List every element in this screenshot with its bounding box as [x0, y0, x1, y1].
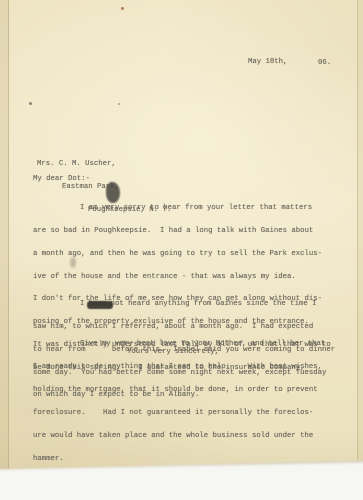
- ink-blot: [106, 182, 120, 203]
- letter-scan: May 18th, 06. Mrs. C. M. Uscher, Eastman…: [0, 0, 363, 500]
- body-line: a month ago, and then he was going to tr…: [33, 251, 331, 259]
- paper-sheet: May 18th, 06. Mrs. C. M. Uscher, Eastman…: [0, 0, 363, 470]
- body-line: are so bad in Poughkeepsie. I had a long…: [33, 228, 331, 236]
- date: May 18th,: [248, 59, 287, 67]
- body-line: ure would have taken place and the whole…: [33, 433, 331, 441]
- year: 06.: [318, 60, 331, 68]
- paper-speck: [29, 102, 32, 105]
- body-line: on which day I expect to be in Albany.: [33, 392, 335, 400]
- paper-speck: [121, 7, 124, 10]
- body-line: I am ready to do anything that I can to …: [33, 364, 325, 372]
- paper-left-edge: [0, 0, 9, 470]
- body-line: I have not heard anything from Gaines si…: [33, 301, 335, 309]
- faint-ink-smudge: [70, 257, 76, 268]
- closing-valediction: Yours very sincerely,: [127, 349, 219, 357]
- recipient-name: Mrs. C. M. Uscher,: [37, 161, 171, 169]
- redaction-smudge: [87, 301, 113, 309]
- paper-right-edge: [357, 0, 363, 470]
- body-line: I am very sorry to hear from your letter…: [33, 205, 331, 213]
- paper-speck: [118, 103, 120, 105]
- body-line: ive of the house and the entrance - that…: [33, 274, 331, 282]
- salutation: My dear Dot:-: [33, 176, 90, 184]
